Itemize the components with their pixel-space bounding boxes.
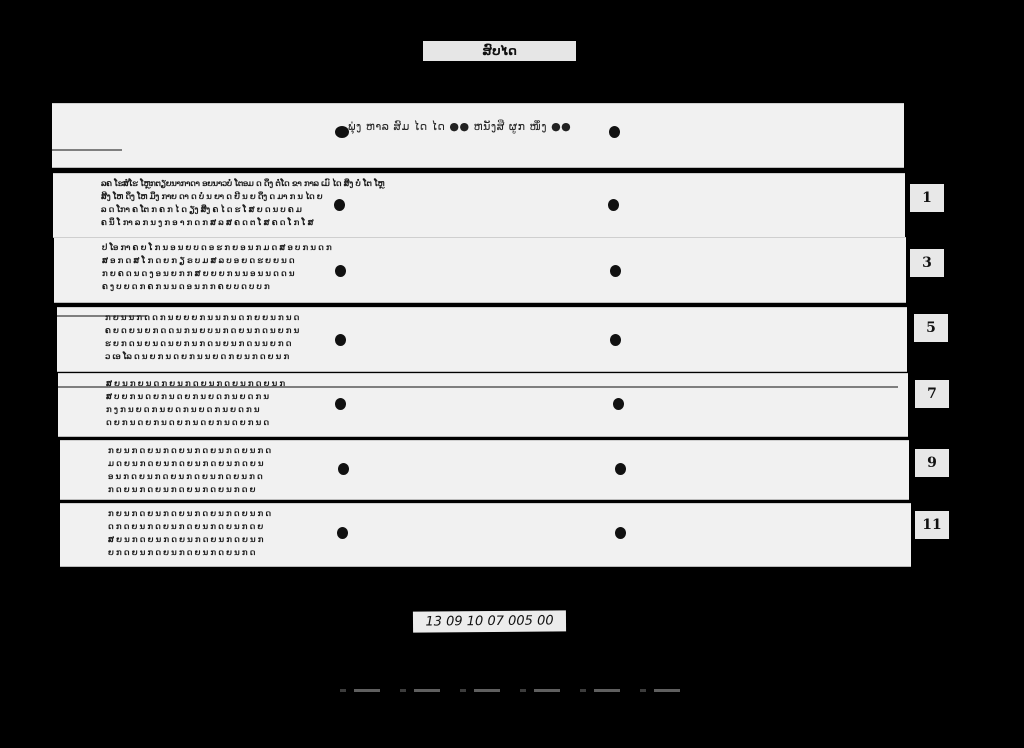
text-line: ສ ບ ຍ ກ ນ ດ ຍ ກ ນ ດ ຍ ກ ນ ຍ ດ ກ ນ ຍ ດ ກ …	[106, 391, 896, 404]
manuscript-title-label: ສົບໄດ	[423, 41, 576, 61]
leaf-text: ກ ຍ ນ ກ ດ ຍ ນ ກ ດ ຍ ນ ກ ດ ຍ ນ ກ ດ ຍ ນ ກ …	[60, 441, 909, 499]
string-hole-right	[615, 527, 626, 539]
page-number-label: 1	[910, 184, 944, 212]
manuscript-leaf: ກ ຍ ນ ກ ດ ຍ ນ ກ ດ ຍ ນ ກ ດ ຍ ນ ກ ດ ຍ ນ ກ …	[60, 440, 909, 500]
text-line: ຮ ຍ ກ ດ ນ ຍ ນ ດ ນ ຍ ກ ນ ກ ດ ນ ຍ ນ ກ ດ ນ …	[105, 338, 895, 351]
text-line: ກ ຍ ຄ ດ ນ ດ ງ ອ ນ ຍ ກ ກ ສ ຍ ຍ ຍ ກ ນ ນ ອ …	[102, 268, 894, 281]
text-line: ກ ຍ ນ ກ ດ ຍ ນ ກ ດ ຍ ນ ກ ດ ຍ ນ ກ ດ ຍ ນ ກ …	[108, 508, 899, 521]
text-line: ກ ຍ ນ ກ ດ ຍ ນ ກ ດ ຍ ນ ກ ດ ຍ ນ ກ ດ ຍ ນ ກ …	[108, 445, 897, 458]
text-line: ມ ດ ຍ ນ ກ ດ ຍ ນ ກ ດ ຍ ນ ກ ດ ຍ ນ ກ ດ ຍ ນ	[108, 458, 897, 471]
string-hole-left	[335, 334, 346, 346]
manuscript-leaf: ລຄ ໂຮສໍໂຮ ໂຫຼກຕຽຍນາກາດາ ອຍນາວບໍ່ ໂຕອມ ດ …	[53, 173, 905, 238]
leaf-text: ປ ໂອ ກາ ຄ ຍ ໂ ກ ນ ອ ນ ຍ ບ ດ ອ ຮ ກ ຍ ອ ນ …	[54, 238, 906, 302]
reference-number-label: 13 09 10 07 005 00	[413, 610, 566, 632]
page-number-label: 5	[914, 314, 948, 342]
page-number-label: 9	[915, 449, 949, 477]
string-hole-right	[610, 265, 621, 277]
text-line: ປ ໂອ ກາ ຄ ຍ ໂ ກ ນ ອ ນ ຍ ບ ດ ອ ຮ ກ ຍ ອ ນ …	[102, 242, 894, 255]
text-line: ກ ຍ ນ ນ ກ ດ ດ ກ ນ ຍ ຍ ຍ ກ ນ ນ ກ ນ ດ ກ ຍ …	[105, 312, 895, 325]
leaf-text: ສ ຍ ນ ກ ຍ ນ ດ ກ ຍ ນ ກ ດ ຍ ນ ກ ດ ຍ ນ ກ ດ …	[58, 374, 908, 436]
text-line: ດ ຍ ກ ນ ດ ຍ ກ ນ ດ ຍ ກ ນ ດ ຍ ກ ນ ດ ຍ ກ ນ …	[106, 417, 896, 430]
cover-leaf-title: ພຸ່ງ ຫາລ ສົມ ໄດ ໄດ ●● ຫນັງສື ຜູກ ໜຶ່ງ ●●	[348, 120, 571, 133]
text-line: ສ ຍ ນ ກ ຍ ນ ດ ກ ຍ ນ ກ ດ ຍ ນ ກ ດ ຍ ນ ກ ດ …	[106, 378, 896, 391]
string-hole-left	[337, 527, 348, 539]
manuscript-leaf: ກ ຍ ນ ກ ດ ຍ ນ ກ ດ ຍ ນ ກ ດ ຍ ນ ກ ດ ຍ ນ ກ …	[60, 503, 911, 567]
page-number-label: 3	[910, 249, 944, 277]
manuscript-leaf: ປ ໂອ ກາ ຄ ຍ ໂ ກ ນ ອ ນ ຍ ບ ດ ອ ຮ ກ ຍ ອ ນ …	[54, 237, 906, 303]
text-line: ຄ ງ ບ ຍ ດ ກ ຄ ກ ນ ນ ດ ອ ນ ກ ກ ຄ ຍ ບ ດ ບ …	[102, 281, 894, 294]
string-hole-left	[334, 199, 345, 211]
string-hole-left	[335, 126, 349, 138]
leaf-text: ລຄ ໂຮສໍໂຮ ໂຫຼກຕຽຍນາກາດາ ອຍນາວບໍ່ ໂຕອມ ດ …	[53, 174, 905, 237]
string-hole-right	[613, 398, 624, 410]
text-line: ລຄ ໂຮສໍໂຮ ໂຫຼກຕຽຍນາກາດາ ອຍນາວບໍ່ ໂຕອມ ດ …	[101, 178, 893, 191]
scan-artifact	[58, 386, 898, 388]
manuscript-leaf: ສ ຍ ນ ກ ຍ ນ ດ ກ ຍ ນ ກ ດ ຍ ນ ກ ດ ຍ ນ ກ ດ …	[58, 373, 908, 437]
text-line: ສີງ ໂຫ ດຶງ ໂຫ ມຶງ ກາຍ ດາ ດ ບໍ່ ນ ຍາ ດ ຍີ…	[101, 191, 893, 204]
text-line: ຍ ກ ດ ຍ ນ ກ ດ ຍ ນ ກ ດ ຍ ນ ກ ດ ຍ ນ ກ ດ	[108, 547, 899, 560]
text-line: ກ ງ ກ ນ ຍ ດ ກ ນ ຍ ດ ກ ນ ຍ ດ ກ ນ ຍ ດ ກ ນ	[106, 404, 896, 417]
text-line: ອ ນ ກ ດ ຍ ນ ກ ດ ຍ ນ ກ ດ ຍ ນ ກ ດ ຍ ນ ກ ດ	[108, 471, 897, 484]
scan-artifact	[52, 149, 122, 151]
cover-leaf	[52, 103, 904, 168]
leaf-text: ກ ຍ ນ ກ ດ ຍ ນ ກ ດ ຍ ນ ກ ດ ຍ ນ ກ ດ ຍ ນ ກ …	[60, 504, 911, 566]
scan-artifact	[57, 315, 147, 317]
string-hole-right	[608, 199, 619, 211]
string-hole-right	[609, 126, 620, 138]
string-hole-left	[335, 265, 346, 277]
text-line: ສ ຍ ນ ກ ດ ຍ ນ ກ ດ ຍ ນ ກ ດ ຍ ນ ກ ດ ຍ ນ ກ	[108, 534, 899, 547]
text-line: ຄ ຍ ດ ຍ ນ ຍ ກ ດ ດ ນ ກ ນ ຍ ບ ນ ກ ດ ຍ ນ ກ …	[105, 325, 895, 338]
text-line: ດ ກ ດ ຍ ນ ກ ດ ຍ ນ ກ ດ ຍ ນ ກ ດ ຍ ນ ກ ດ ຍ	[108, 521, 899, 534]
page-number-label: 7	[915, 380, 949, 408]
text-line: ສ ອ ກ ດ ສ ໂ ກ ດ ຍ ກ ຽ ຣ ບ ມ ສ ລ ບ ອ ຍ ດ …	[102, 255, 894, 268]
string-hole-right	[615, 463, 626, 475]
leaf-text: ກ ຍ ນ ນ ກ ດ ດ ກ ນ ຍ ຍ ຍ ກ ນ ນ ກ ນ ດ ກ ຍ …	[57, 308, 907, 371]
page-number-label: 11	[915, 511, 949, 539]
string-hole-left	[335, 398, 346, 410]
manuscript-leaf: ກ ຍ ນ ນ ກ ດ ດ ກ ນ ຍ ຍ ຍ ກ ນ ນ ກ ນ ດ ກ ຍ …	[57, 307, 907, 372]
string-hole-left	[338, 463, 349, 475]
text-line: ລ ດ ໂກາ ຄ ໂຕ ກ ຄ ກ ໄ ດ ຽງ ສຶງ ຄ ໄ ດ ຮ ໂ …	[101, 204, 893, 217]
scan-artifact	[340, 689, 700, 692]
text-line: ກ ດ ຍ ນ ກ ດ ຍ ນ ກ ດ ຍ ນ ກ ດ ຍ ນ ກ ດ ຍ	[108, 484, 897, 497]
string-hole-right	[610, 334, 621, 346]
text-line: ຄ ນຶ ໂ ກາ ລ ກ ນ ງ ກ ອ າ ກ ດ ກ ສ ລ ສ ຄ ດ …	[101, 217, 893, 230]
text-line: ວ ເອ ໂລ ດ ນ ຍ ກ ນ ດ ຍ ກ ນ ນ ຍ ດ ກ ຍ ນ ກ …	[105, 351, 895, 364]
